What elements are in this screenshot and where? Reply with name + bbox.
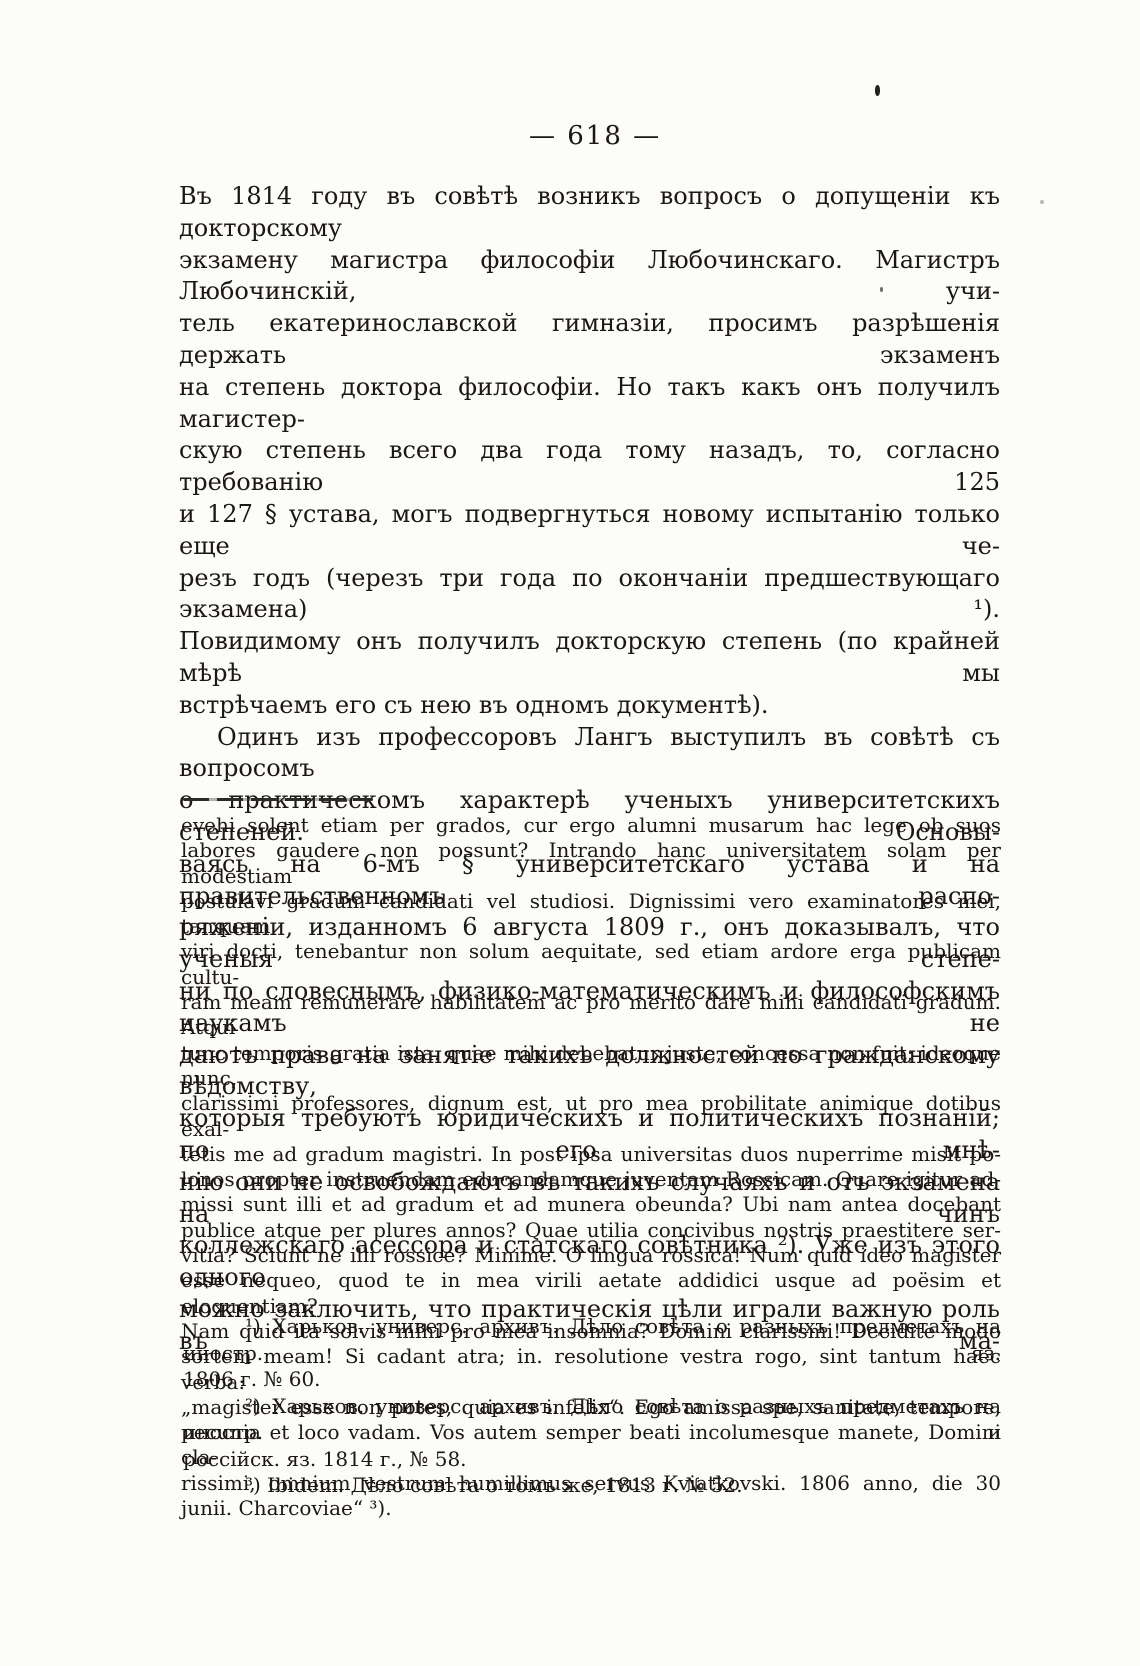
text-line: Въ 1814 году въ совѣтѣ возникъ вопросъ о… (179, 181, 1000, 245)
text-line: ²) Харьков. универс. архивъ. Дѣло совѣта… (183, 1393, 1001, 1446)
text-line: встрѣчаемъ его съ нею въ одномъ документ… (179, 690, 1000, 722)
text-line: ³) Ibidem. Дѣло совѣта о томъ же, 1813 г… (183, 1472, 1001, 1499)
text-line: junii. Charcoviae“ ³). (181, 1496, 1001, 1521)
text-line: clarissimi professores, dignum est, ut p… (181, 1091, 1001, 1142)
ink-speck (875, 85, 880, 96)
text-line: labores gaudere non possunt? Intrando ha… (181, 838, 1001, 889)
text-line: esse nequeo, quod te in mea virili aetat… (181, 1268, 1001, 1319)
text-line: 1806 г. № 60. (183, 1366, 1001, 1393)
text-line: ram meam remunerare habilitatem ac pro m… (181, 990, 1001, 1041)
text-line: ¹) Харьков. универс. архивъ. Дѣло совѣта… (183, 1313, 1001, 1366)
footnote-2: ²) Харьков. универс. архивъ. Дѣло совѣта… (183, 1393, 1001, 1473)
ink-speck (1040, 200, 1044, 204)
text-line: резъ годъ (черезъ три года по окончаніи … (179, 563, 1000, 627)
footnote-separator-rule (183, 798, 373, 801)
text-line: на степень доктора философіи. Но такъ ка… (179, 372, 1000, 436)
text-line: Одинъ изъ профессоровъ Лангъ выступилъ в… (179, 722, 1000, 786)
footnote-1: ¹) Харьков. универс. архивъ. Дѣло совѣта… (183, 1313, 1001, 1393)
text-line: россійск. яз. 1814 г., № 58. (183, 1446, 1001, 1473)
footnote-3: ³) Ibidem. Дѣло совѣта о томъ же, 1813 г… (183, 1472, 1001, 1499)
text-line: postulavi gradum candidati vel studiosi.… (181, 889, 1001, 940)
text-line: тель екатеринославской гимназіи, просимъ… (179, 308, 1000, 372)
scanned-book-page: — 618 — Въ 1814 году въ совѣтѣ возникъ в… (0, 0, 1140, 1666)
text-line: экзамену магистра философіи Любочинскаго… (179, 245, 1000, 309)
text-line: lonos propter instruendam educandamque j… (181, 1167, 1001, 1192)
footnotes: ¹) Харьков. универс. архивъ. Дѣло совѣта… (183, 1313, 1001, 1499)
text-line: и 127 § устава, могъ подвергнуться новом… (179, 499, 1000, 563)
paragraph-1: Въ 1814 году въ совѣтѣ возникъ вопросъ о… (179, 181, 1000, 722)
text-line: evehi solent etiam per grados, cur ergo … (181, 813, 1001, 838)
text-line: Повидимому онъ получилъ докторскую степе… (179, 626, 1000, 690)
text-line: скую степень всего два года тому назадъ,… (179, 435, 1000, 499)
text-line: vitia? Sciunt ne illi rossice? Minime. O… (181, 1243, 1001, 1268)
text-line: tetis me ad gradum magistri. In post ips… (181, 1142, 1001, 1167)
text-line: viri docti, tenebantur non solum aequita… (181, 939, 1001, 990)
text-line: publice atque per plures annos? Quae uti… (181, 1218, 1001, 1243)
text-line: tunc temporis gratia ista. quae mihi deb… (181, 1041, 1001, 1092)
text-line: missi sunt illi et ad gradum et ad muner… (181, 1192, 1001, 1217)
page-number: — 618 — (529, 121, 661, 151)
